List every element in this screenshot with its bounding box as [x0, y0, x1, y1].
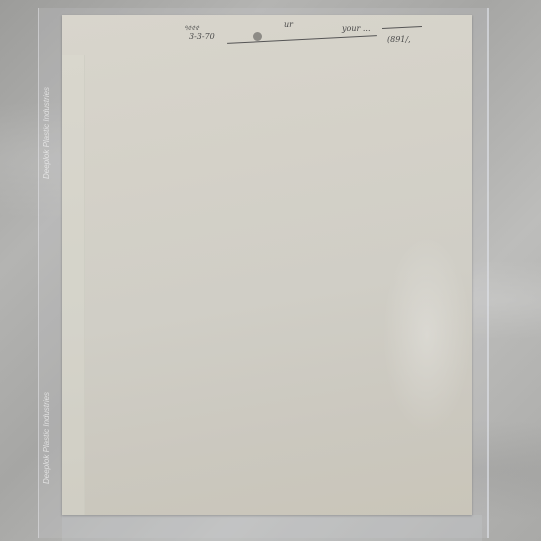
light-glare [382, 235, 472, 435]
handwriting-stroke [382, 26, 422, 29]
punch-hole [253, 32, 262, 41]
handwriting-top-right-2: (891/, [387, 35, 411, 44]
sleeve-brand-print-bottom: Deeplok Plastic Industries [42, 358, 64, 518]
handwriting-top-center: ur [284, 20, 293, 29]
handwriting-top-right: your ... [342, 24, 370, 33]
handwriting-underline [227, 35, 377, 44]
paper-left-strip [62, 55, 85, 515]
sleeve-brand-print-top: Deeplok Plastic Industries [42, 58, 64, 208]
handwriting-top-left-2: 3-3-70 [189, 32, 215, 41]
paper-sheet: ঀ৫৫৫ 3-3-70 ur your ... (891/, [62, 15, 472, 515]
sleeve-bottom-edge [62, 515, 482, 541]
